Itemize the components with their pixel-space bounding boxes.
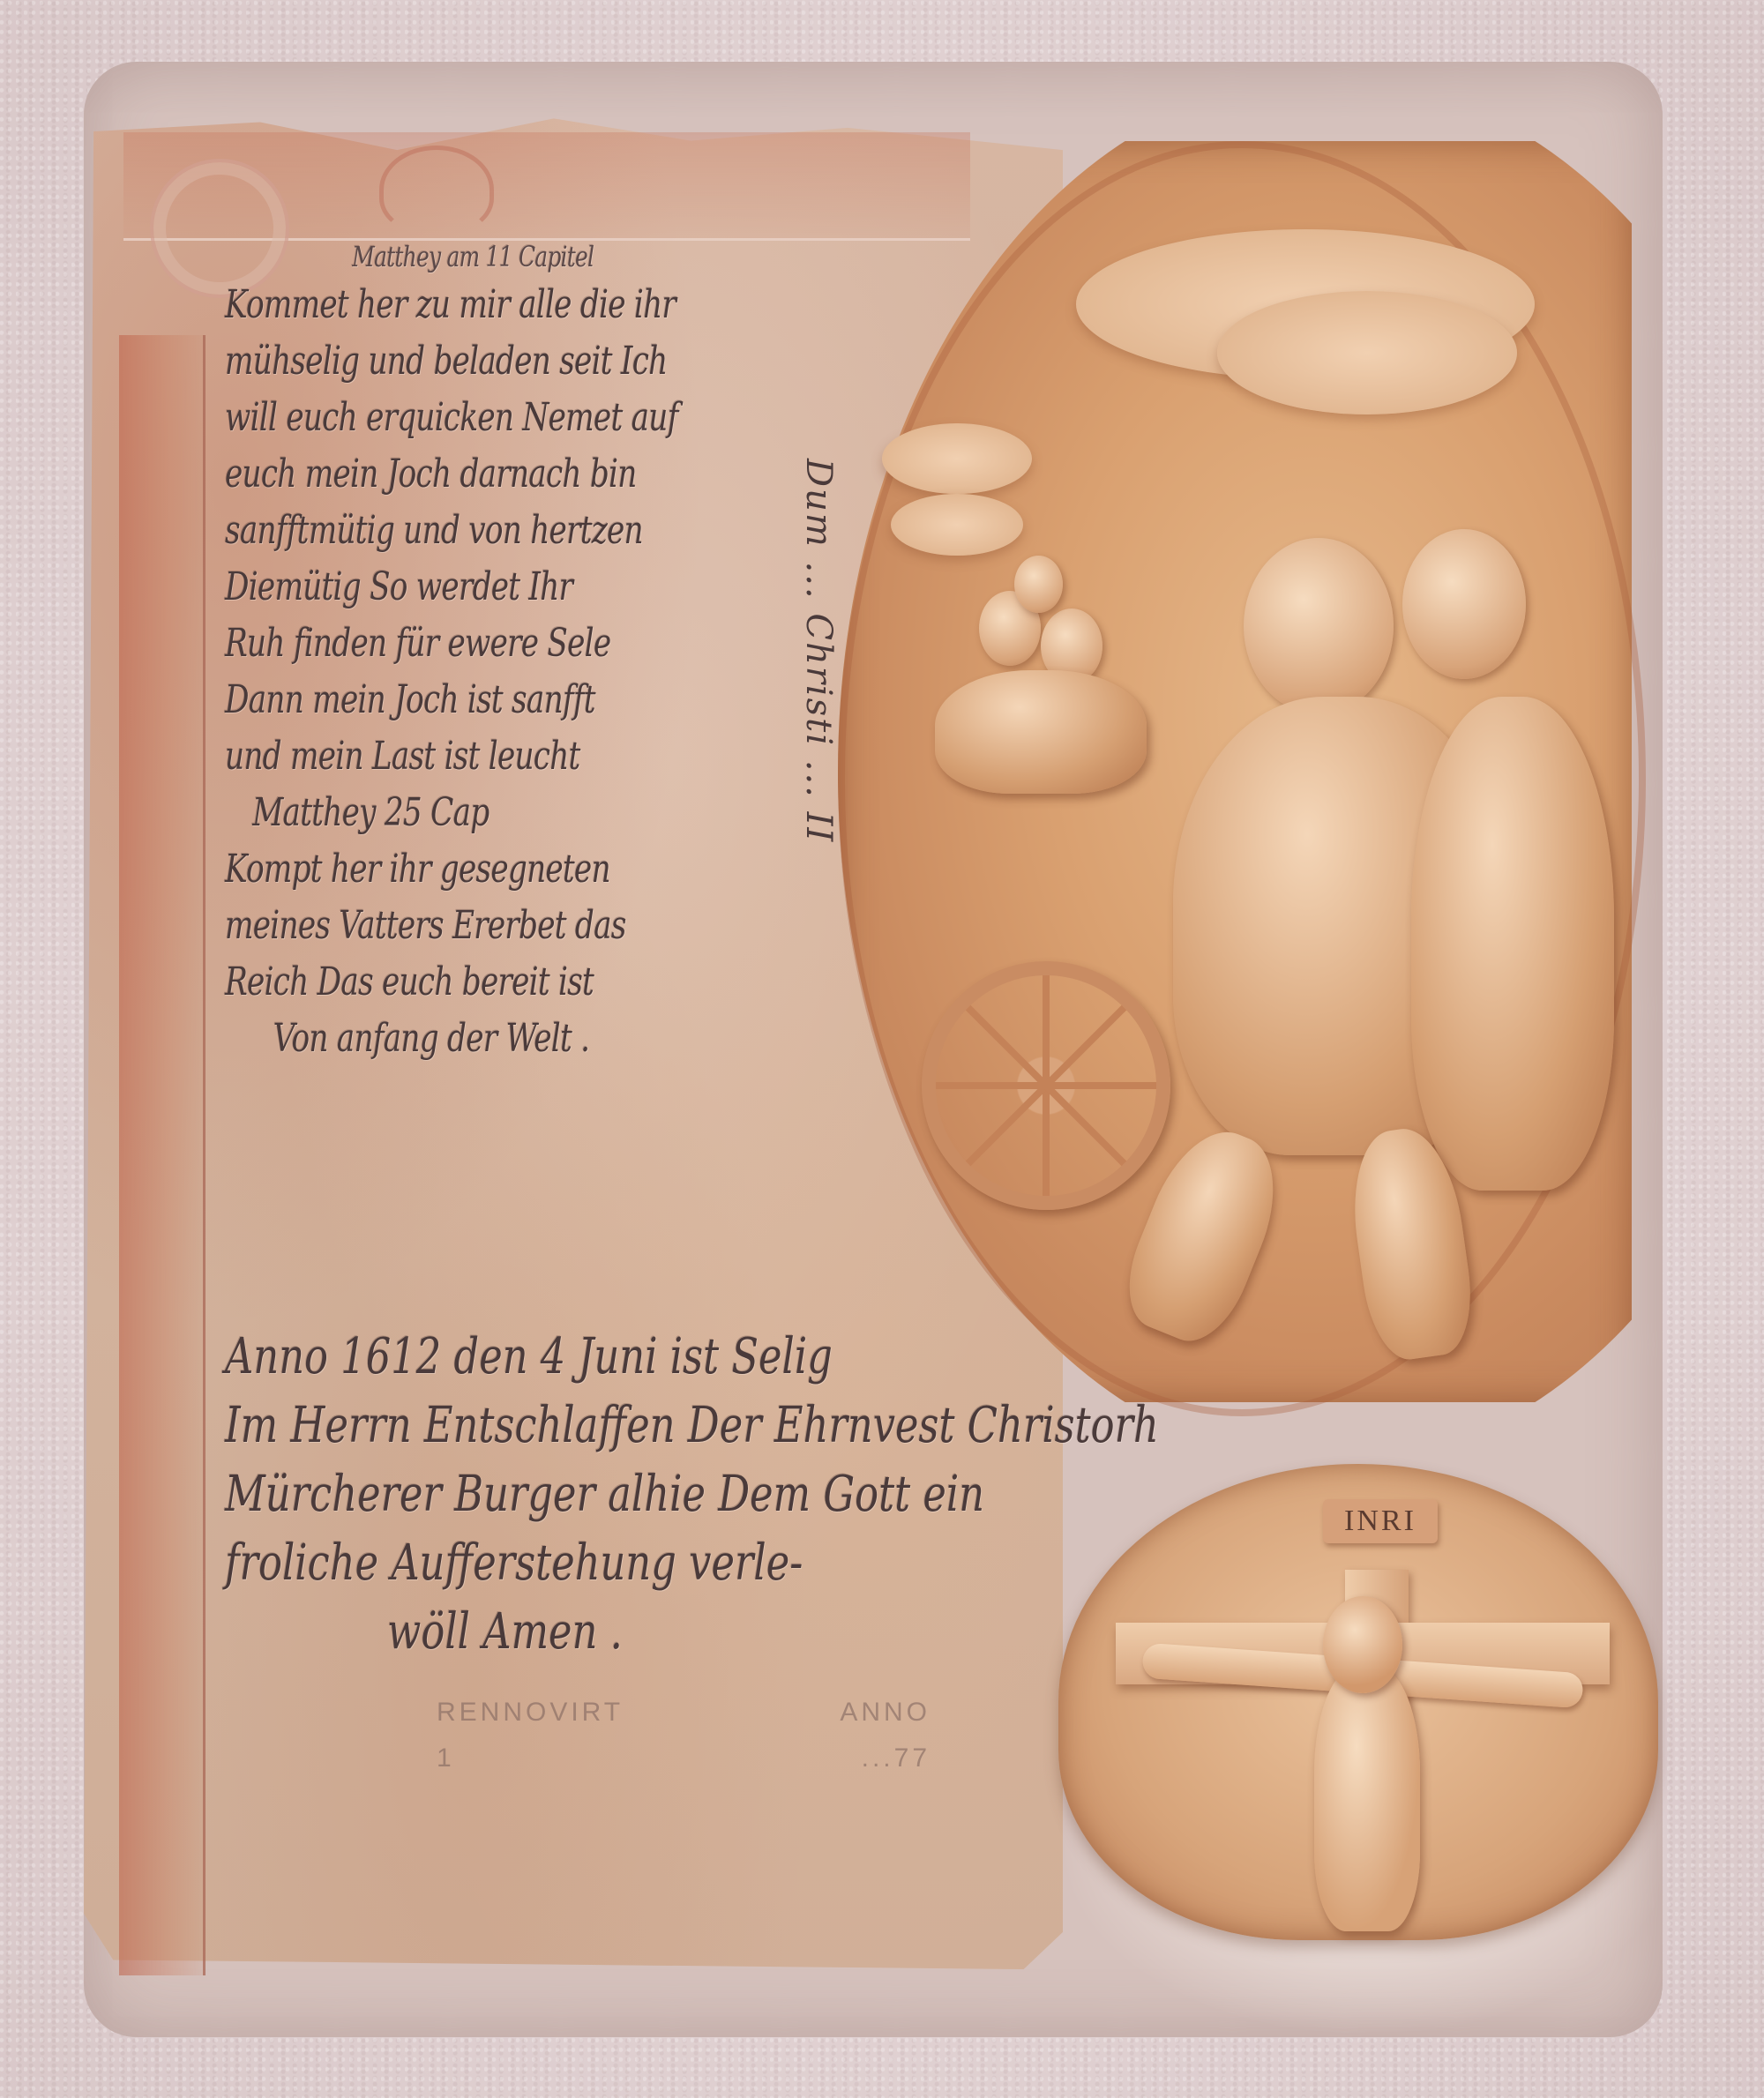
scripture-inscription: Matthey am 11 Capitel Kommet her zu mir … — [225, 236, 895, 1067]
inscription-line: meines Vatters Ererbet das — [225, 898, 748, 954]
inscription-line: sanfftmütig und von hertzen — [225, 503, 748, 559]
inscription-line: Kompt her ihr gesegneten — [225, 841, 748, 898]
renovation-note: RENNOVIRT ANNO 1 ...77 — [437, 1698, 931, 1789]
victim-head-icon — [1402, 529, 1526, 679]
renovation-digit: 1 — [437, 1743, 455, 1773]
epitaph-line: froliche Aufferstehung verle- — [225, 1529, 1107, 1598]
cloud-carving-icon — [1217, 291, 1517, 414]
bystander-head-icon — [1014, 556, 1063, 613]
epitaph-line: Im Herrn Entschlaffen Der Ehrnvest Chris… — [225, 1392, 1107, 1460]
inscription-line: Diemütig So werdet Ihr — [225, 559, 748, 616]
inscription-line: Matthey 25 Cap — [225, 785, 748, 841]
bystander-group-figure — [935, 670, 1147, 794]
painted-side-border — [119, 335, 206, 1975]
epitaph-line: Anno 1612 den 4 Juni ist Selig — [225, 1323, 1107, 1392]
christ-head-icon — [1323, 1596, 1402, 1693]
inscription-line: Matthey am 11 Capitel — [225, 236, 748, 277]
samaritan-head-icon — [1244, 538, 1394, 714]
inscription-line: will euch erquicken Nemet auf — [225, 390, 748, 446]
cart-wheel-icon — [922, 961, 1170, 1210]
cloud-carving-icon — [882, 423, 1032, 494]
inscription-line: Reich Das euch bereit ist — [225, 954, 748, 1011]
scroll-ornament-icon — [379, 146, 494, 234]
epitaph-line: wöll Amen . — [225, 1598, 1107, 1667]
inscription-line: mühselig und beladen seit Ich — [225, 333, 748, 390]
inscription-line: Dann mein Joch ist sanfft — [225, 672, 748, 728]
inscription-line: Von anfang der Welt . — [225, 1011, 748, 1067]
inri-titulus: INRI — [1323, 1499, 1438, 1543]
cloud-carving-icon — [891, 494, 1023, 556]
victim-body-figure — [1411, 697, 1614, 1191]
christ-body-figure — [1314, 1667, 1420, 1931]
renovation-label: RENNOVIRT — [437, 1698, 624, 1728]
renovation-year: ...77 — [862, 1743, 931, 1773]
renovation-year-label: ANNO — [840, 1698, 931, 1728]
vertical-inscription: Dum ... Christi ... II — [798, 459, 839, 843]
inscription-line: Ruh finden für ewere Sele — [225, 616, 748, 672]
inscription-line: euch mein Joch darnach bin — [225, 446, 748, 503]
epitaph-line: Mürcherer Burger alhie Dem Gott ein — [225, 1460, 1107, 1529]
inscription-line: Kommet her zu mir alle die ihr — [225, 277, 748, 333]
inscription-line: und mein Last ist leucht — [225, 728, 748, 785]
